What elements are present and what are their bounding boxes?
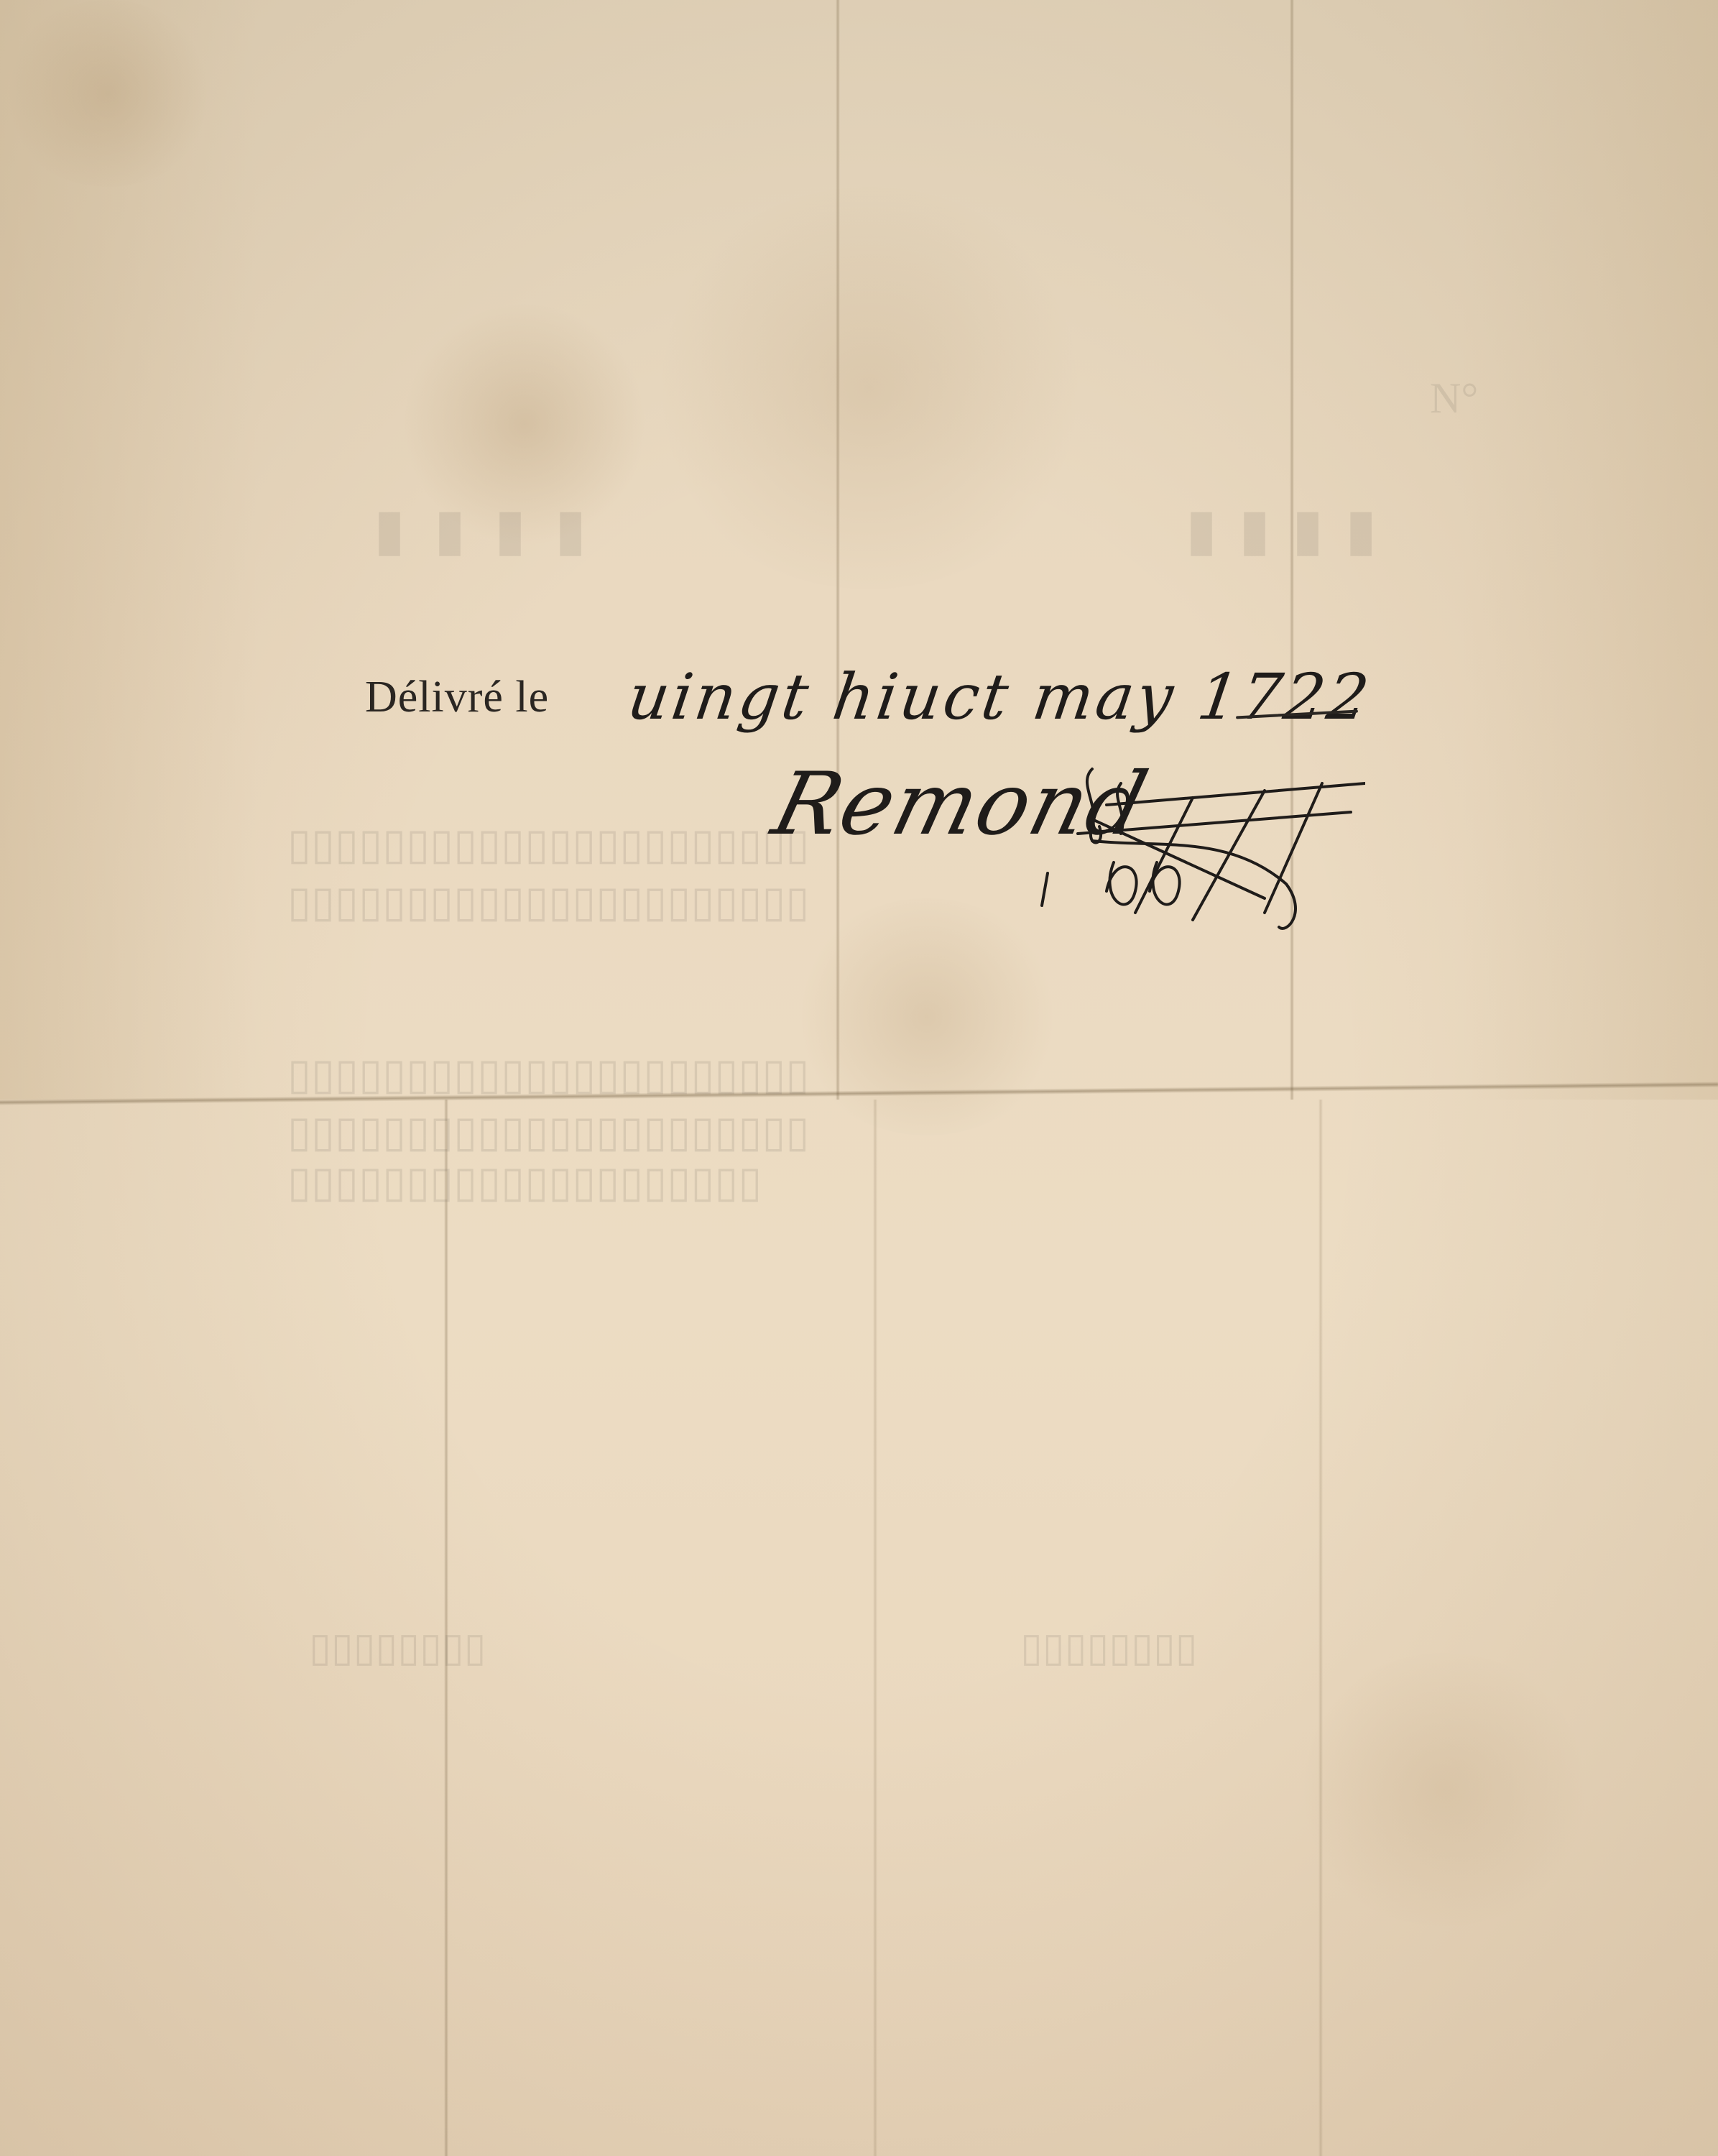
show-through-text: ▯▯▯▯▯▯▯▯▯▯▯▯▯▯▯▯▯▯▯▯▯▯ [287, 1049, 809, 1100]
show-through-text: ▯▯▯▯▯▯▯▯▯▯▯▯▯▯▯▯▯▯▯▯▯▯ [287, 877, 809, 927]
ink-mark-icon [1035, 870, 1056, 913]
fold-line [873, 1100, 877, 2156]
handwritten-date: uingt hiuct may 1722 [624, 660, 1376, 734]
show-through-text: ▮▮▮▮ [374, 496, 615, 563]
document-page: N° ▮▮▮▮ ▮▮▮▮ ▯▯▯▯▯▯▯▯▯▯▯▯▯▯▯▯▯▯▯▯▯▯ ▯▯▯▯… [0, 0, 1718, 2156]
paper-stain [790, 898, 1063, 1135]
show-through-text: ▮▮▮▮ [1186, 496, 1398, 563]
show-through-text: ▯▯▯▯▯▯▯▯ [1020, 1624, 1198, 1671]
paper-stain [0, 0, 216, 187]
fold-line [836, 0, 840, 1100]
fold-line [1318, 1100, 1323, 2156]
paper-stain [1293, 1653, 1595, 1926]
show-through-text: ▯▯▯▯▯▯▯▯ [309, 1624, 486, 1671]
show-through-text: N° [1430, 374, 1478, 423]
show-through-text: ▯▯▯▯▯▯▯▯▯▯▯▯▯▯▯▯▯▯▯▯ [287, 1157, 762, 1207]
signature-flourish-icon [1049, 755, 1365, 941]
show-through-text: ▯▯▯▯▯▯▯▯▯▯▯▯▯▯▯▯▯▯▯▯▯▯ [287, 819, 809, 870]
delivered-label: Délivré le [365, 672, 549, 723]
show-through-text: ▯▯▯▯▯▯▯▯▯▯▯▯▯▯▯▯▯▯▯▯▯▯ [287, 1107, 809, 1157]
paper-stain [647, 187, 1092, 589]
